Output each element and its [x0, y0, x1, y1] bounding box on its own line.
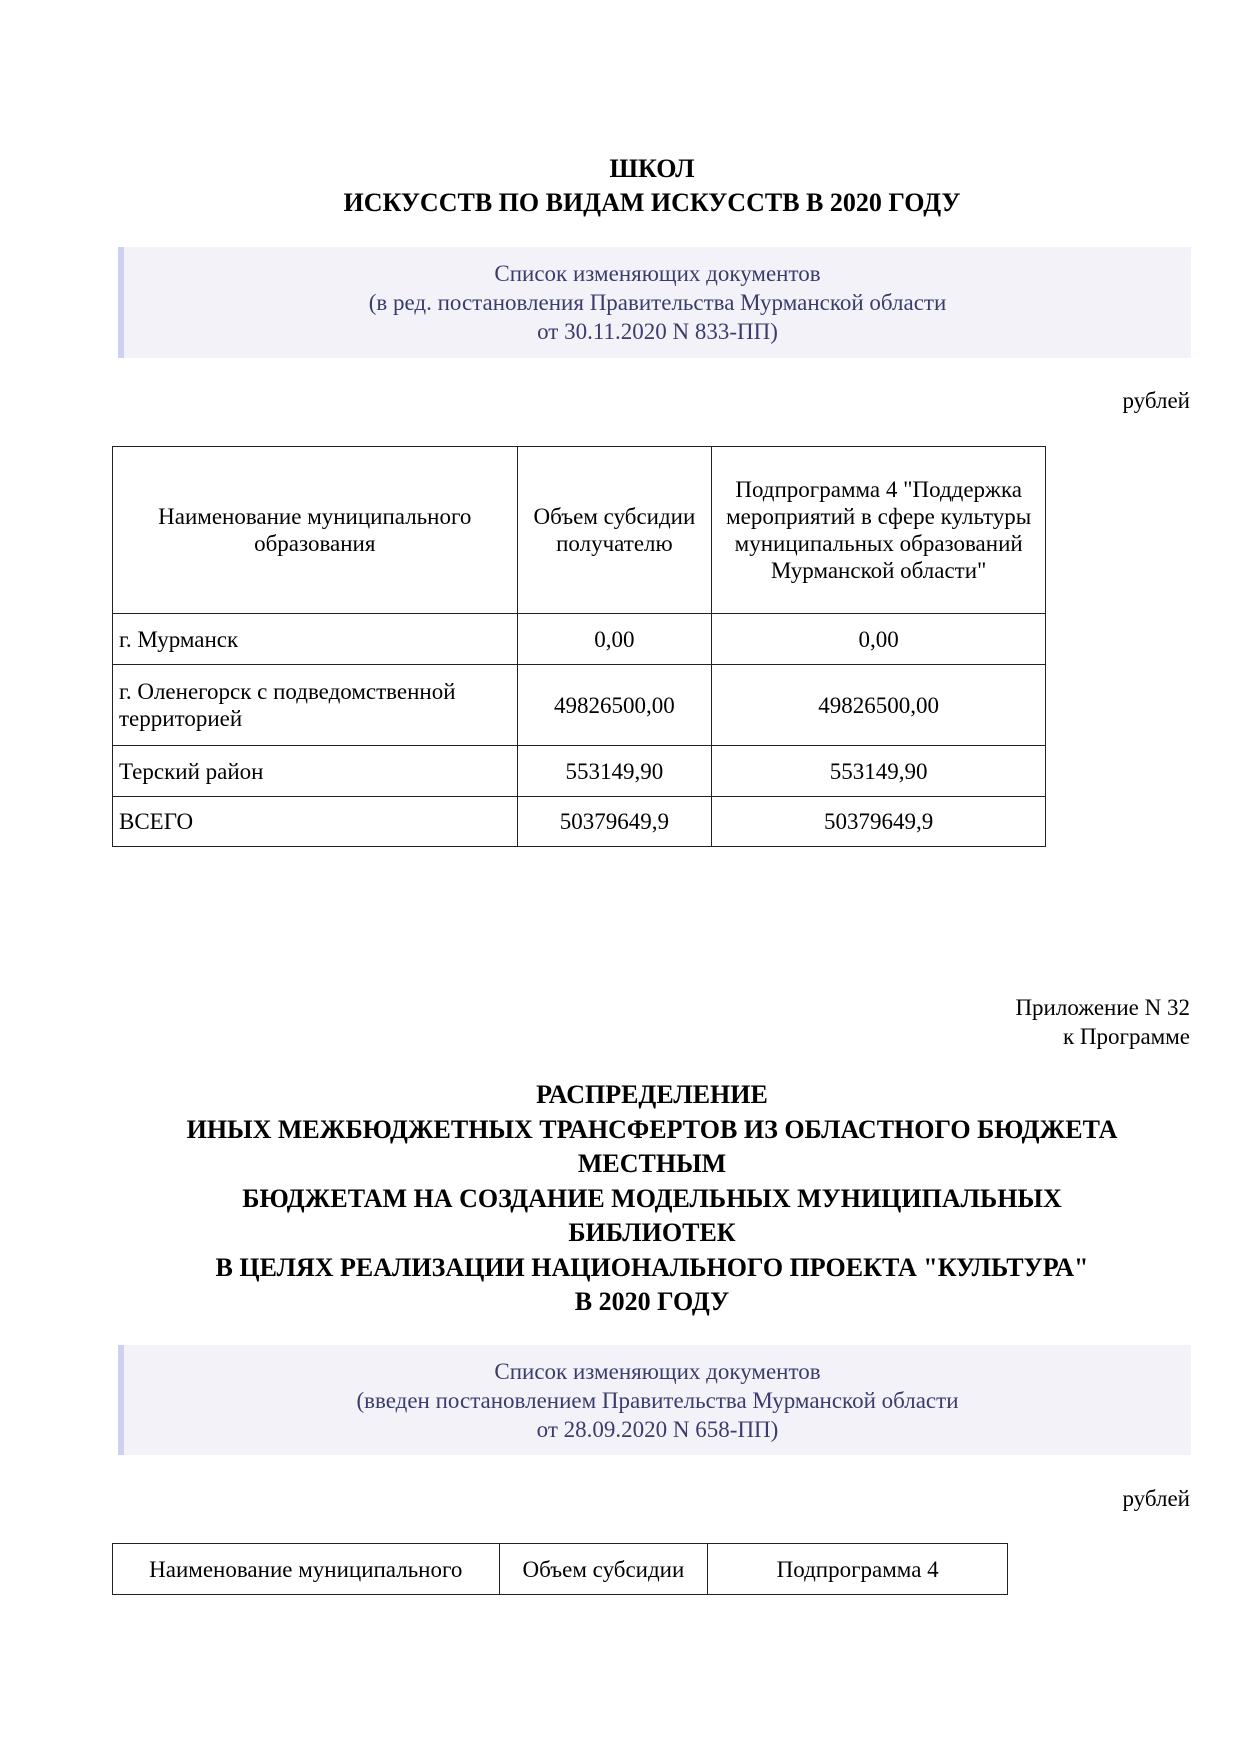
title-line: ШКОЛ — [113, 152, 1191, 186]
table-row: г. Мурманск 0,00 0,00 — [113, 614, 1046, 665]
cell-amount: 0,00 — [517, 614, 712, 665]
changes-line: от 28.09.2020 N 658-ПП) — [124, 1415, 1191, 1444]
changes-heading: Список изменяющих документов — [124, 259, 1191, 288]
title-line: МЕСТНЫМ — [113, 1147, 1191, 1182]
table-row: Терский район 553149,90 553149,90 — [113, 746, 1046, 797]
table-total-row: ВСЕГО 50379649,9 50379649,9 — [113, 797, 1046, 847]
title-line: ИНЫХ МЕЖБЮДЖЕТНЫХ ТРАНСФЕРТОВ ИЗ ОБЛАСТН… — [113, 1113, 1191, 1148]
changes-list-box: Список изменяющих документов (введен пос… — [118, 1345, 1191, 1455]
cell-municipality: г. Мурманск — [113, 614, 518, 665]
currency-unit: рублей — [1122, 1486, 1190, 1512]
header-cell: Подпрограмма 4 "Поддержка мероприятий в … — [712, 447, 1046, 614]
cell-amount: 49826500,00 — [517, 665, 712, 746]
header-cell: Объем субсидии получателю — [517, 447, 712, 614]
cell-municipality: Терский район — [113, 746, 518, 797]
header-cell: Наименование муниципального образования — [113, 447, 518, 614]
library-transfer-table: Наименование муниципального Объем субсид… — [112, 1543, 1008, 1595]
cell-subprogram: 0,00 — [712, 614, 1046, 665]
section1-title: ШКОЛ ИСКУССТВ ПО ВИДАМ ИСКУССТВ В 2020 Г… — [113, 152, 1191, 220]
cell-municipality: г. Оленегорск с подведомственной террито… — [113, 665, 518, 746]
subsidy-table: Наименование муниципального образования … — [112, 446, 1046, 847]
changes-heading: Список изменяющих документов — [124, 1357, 1191, 1386]
cell-subprogram: 49826500,00 — [712, 665, 1046, 746]
currency-unit: рублей — [1122, 388, 1190, 414]
cell-subprogram: 553149,90 — [712, 746, 1046, 797]
table-header-row: Наименование муниципального образования … — [113, 447, 1046, 614]
header-cell: Наименование муниципального — [113, 1544, 500, 1595]
title-line: В ЦЕЛЯХ РЕАЛИЗАЦИИ НАЦИОНАЛЬНОГО ПРОЕКТА… — [113, 1251, 1191, 1286]
appendix-label: Приложение N 32 к Программе — [1015, 993, 1190, 1051]
changes-line: (в ред. постановления Правительства Мурм… — [124, 288, 1191, 317]
cell-total-amount: 50379649,9 — [517, 797, 712, 847]
changes-line: (введен постановлением Правительства Мур… — [124, 1386, 1191, 1415]
appendix-program: к Программе — [1015, 1022, 1190, 1051]
title-line: В 2020 ГОДУ — [113, 1285, 1191, 1320]
table-row: г. Оленегорск с подведомственной террито… — [113, 665, 1046, 746]
changes-line: от 30.11.2020 N 833-ПП) — [124, 317, 1191, 346]
header-cell: Объем субсидии — [499, 1544, 708, 1595]
title-line: РАСПРЕДЕЛЕНИЕ — [113, 1078, 1191, 1113]
appendix-number: Приложение N 32 — [1015, 993, 1190, 1022]
cell-total-subprogram: 50379649,9 — [712, 797, 1046, 847]
header-cell: Подпрограмма 4 — [708, 1544, 1008, 1595]
section2-title: РАСПРЕДЕЛЕНИЕ ИНЫХ МЕЖБЮДЖЕТНЫХ ТРАНСФЕР… — [113, 1078, 1191, 1320]
table-header-row: Наименование муниципального Объем субсид… — [113, 1544, 1008, 1595]
cell-total-label: ВСЕГО — [113, 797, 518, 847]
cell-amount: 553149,90 — [517, 746, 712, 797]
title-line: БИБЛИОТЕК — [113, 1216, 1191, 1251]
changes-list-box: Список изменяющих документов (в ред. пос… — [118, 247, 1191, 358]
title-line: БЮДЖЕТАМ НА СОЗДАНИЕ МОДЕЛЬНЫХ МУНИЦИПАЛ… — [113, 1182, 1191, 1217]
title-line: ИСКУССТВ ПО ВИДАМ ИСКУССТВ В 2020 ГОДУ — [113, 186, 1191, 220]
